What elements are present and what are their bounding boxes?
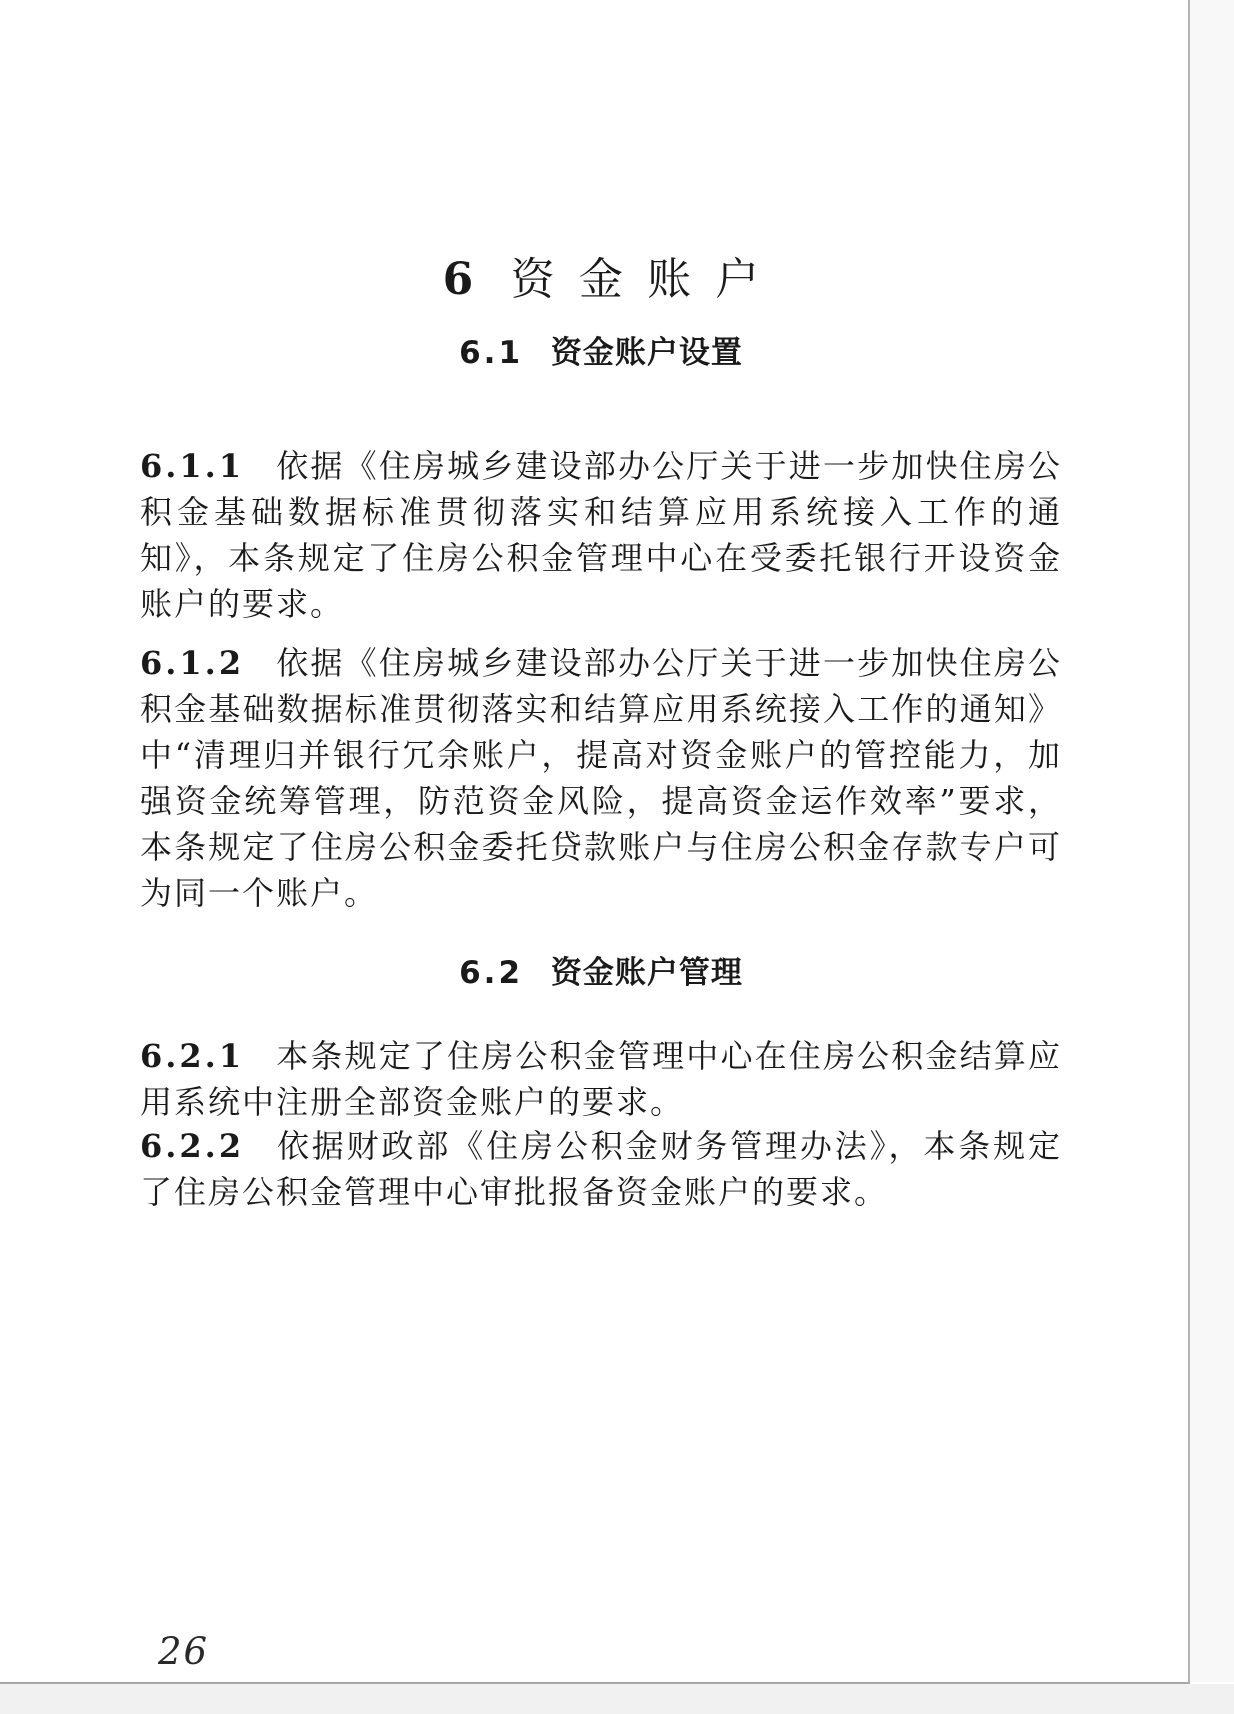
clause-6-1-1: 6.1.1依据《住房城乡建设部办公厅关于进一步加快住房公积金基础数据标准贯彻落实… bbox=[140, 443, 1062, 627]
section-title: 资金账户管理 bbox=[551, 955, 743, 991]
clause-text: 依据《住房城乡建设部办公厅关于进一步加快住房公积金基础数据标准贯彻落实和结算应用… bbox=[140, 644, 1062, 912]
section-number: 6.2 bbox=[459, 955, 523, 991]
chapter-number: 6 bbox=[443, 254, 474, 305]
page-number: 26 bbox=[158, 1630, 209, 1674]
clause-text: 依据《住房城乡建设部办公厅关于进一步加快住房公积金基础数据标准贯彻落实和结算应用… bbox=[140, 447, 1062, 623]
scan-page-edge-horizontal bbox=[0, 1682, 1190, 1684]
clause-number: 6.1.2 bbox=[140, 644, 244, 682]
chapter-title: 资金账户 bbox=[511, 254, 784, 305]
scan-background-bottom bbox=[0, 1684, 1234, 1714]
section-heading-6-2: 6.2资金账户管理 bbox=[140, 954, 1062, 992]
clause-text: 依据财政部《住房公积金财务管理办法》，本条规定了住房公积金管理中心审批报备资金账… bbox=[140, 1127, 1062, 1211]
clause-number: 6.2.1 bbox=[140, 1037, 244, 1075]
clause-number: 6.2.2 bbox=[140, 1127, 244, 1165]
clause-number: 6.1.1 bbox=[140, 447, 244, 485]
scan-page-edge-vertical bbox=[1188, 0, 1190, 1684]
section-title: 资金账户设置 bbox=[551, 335, 743, 371]
section-number: 6.1 bbox=[459, 335, 523, 371]
section-heading-6-1: 6.1资金账户设置 bbox=[140, 334, 1062, 372]
clause-6-2-2: 6.2.2依据财政部《住房公积金财务管理办法》，本条规定了住房公积金管理中心审批… bbox=[140, 1123, 1062, 1215]
clause-text: 本条规定了住房公积金管理中心在住房公积金结算应用系统中注册全部资金账户的要求。 bbox=[140, 1037, 1062, 1121]
scanned-document-page: 6资金账户 6.1资金账户设置 6.1.1依据《住房城乡建设部办公厅关于进一步加… bbox=[0, 0, 1234, 1714]
clause-6-1-2: 6.1.2依据《住房城乡建设部办公厅关于进一步加快住房公积金基础数据标准贯彻落实… bbox=[140, 640, 1062, 916]
scan-background-right bbox=[1190, 0, 1234, 1682]
clause-6-2-1: 6.2.1本条规定了住房公积金管理中心在住房公积金结算应用系统中注册全部资金账户… bbox=[140, 1033, 1062, 1125]
chapter-heading: 6资金账户 bbox=[140, 252, 1062, 308]
